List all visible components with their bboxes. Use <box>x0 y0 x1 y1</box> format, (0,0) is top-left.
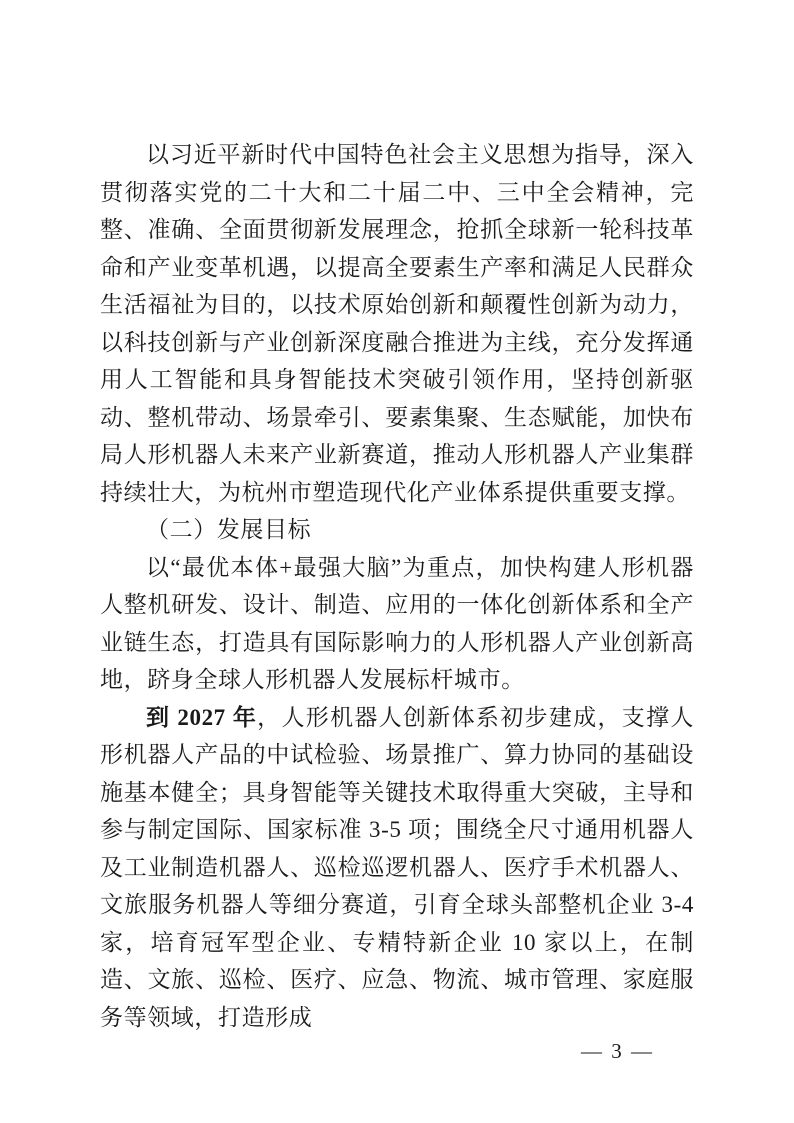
paragraph-2027-body-text: ，人形机器人创新体系初步建成，支撑人形机器人产品的中试检验、场景推广、算力协同的… <box>100 705 694 1030</box>
page-footer: — 3 — <box>581 1038 654 1064</box>
paragraph-guiding-ideology: 以习近平新时代中国特色社会主义思想为指导，深入贯彻落实党的二十大和二十届二中、三… <box>100 136 694 511</box>
paragraph-2027-bold-lead: 到 2027 年 <box>146 705 257 730</box>
page-number: — 3 — <box>581 1039 654 1063</box>
section-heading-development-goals: （二）发展目标 <box>100 511 694 549</box>
document-body: 以习近平新时代中国特色社会主义思想为指导，深入贯彻落实党的二十大和二十届二中、三… <box>100 136 694 1036</box>
paragraph-development-goals-overview: 以“最优本体+最强大脑”为重点，加快构建人形机器人整机研发、设计、制造、应用的一… <box>100 549 694 699</box>
paragraph-2027-targets: 到 2027 年，人形机器人创新体系初步建成，支撑人形机器人产品的中试检验、场景… <box>100 699 694 1037</box>
document-page: 以习近平新时代中国特色社会主义思想为指导，深入贯彻落实党的二十大和二十届二中、三… <box>0 0 794 1123</box>
